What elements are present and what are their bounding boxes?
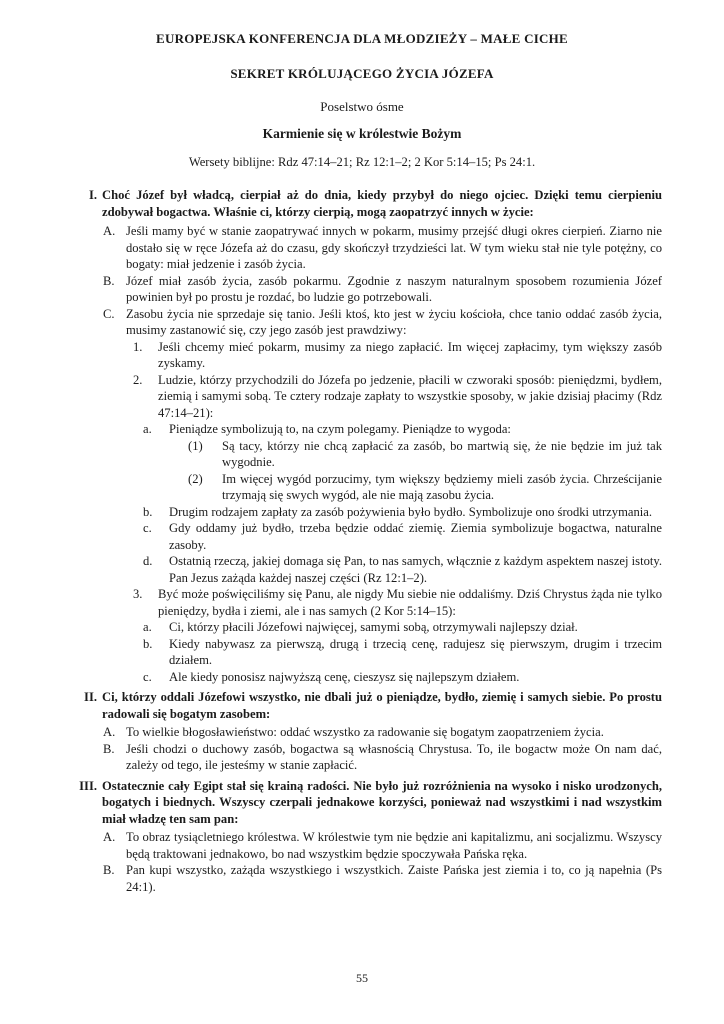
item-text: Im więcej wygód porzucimy, tym większy b… bbox=[222, 471, 662, 504]
item-text: Kiedy nabywasz za pierwszą, drugą i trze… bbox=[169, 636, 662, 669]
item-I-B: B. Józef miał zasób życia, zasób pokarmu… bbox=[103, 273, 662, 306]
item-text: Pieniądze symbolizują to, na czym polega… bbox=[169, 421, 662, 438]
item-I-C-3-b: b. Kiedy nabywasz za pierwszą, drugą i t… bbox=[143, 636, 662, 669]
item-III-A: A. To obraz tysiącletniego królestwa. W … bbox=[103, 829, 662, 862]
conference-title: EUROPEJSKA KONFERENCJA DLA MŁODZIEŻY – M… bbox=[0, 31, 724, 47]
item-marker: (1) bbox=[188, 438, 222, 455]
item-marker: A. bbox=[103, 724, 126, 741]
message-number: Poselstwo ósme bbox=[0, 99, 724, 115]
item-I: I. Choć Józef był władcą, cierpiał aż do… bbox=[76, 187, 662, 220]
item-text: To wielkie błogosławieństwo: oddać wszys… bbox=[126, 724, 662, 741]
item-marker: B. bbox=[103, 273, 126, 290]
item-I-C-3-c: c. Ale kiedy ponosisz najwyższą cenę, ci… bbox=[143, 669, 662, 686]
outline-body: I. Choć Józef był władcą, cierpiał aż do… bbox=[0, 187, 724, 895]
item-marker: C. bbox=[103, 306, 126, 323]
item-marker: II. bbox=[76, 689, 97, 706]
document-header: EUROPEJSKA KONFERENCJA DLA MŁODZIEŻY – M… bbox=[0, 0, 724, 170]
item-marker: A. bbox=[103, 829, 126, 846]
item-text: Ostatnią rzeczą, jakiej domaga się Pan, … bbox=[169, 553, 662, 586]
item-I-A: A. Jeśli mamy być w stanie zaopatrywać i… bbox=[103, 223, 662, 273]
item-I-C-2-a-2: (2) Im więcej wygód porzucimy, tym więks… bbox=[188, 471, 662, 504]
item-text: Zasobu życia nie sprzedaje się tanio. Je… bbox=[126, 306, 662, 339]
item-text: Jeśli chcemy mieć pokarm, musimy za nieg… bbox=[158, 339, 662, 372]
item-marker: (2) bbox=[188, 471, 222, 488]
item-text: Drugim rodzajem zapłaty za zasób pożywie… bbox=[169, 504, 662, 521]
item-I-C-2-c: c. Gdy oddamy już bydło, trzeba będzie o… bbox=[143, 520, 662, 553]
item-text: To obraz tysiącletniego królestwa. W kró… bbox=[126, 829, 662, 862]
item-I-C-2-b: b. Drugim rodzajem zapłaty za zasób poży… bbox=[143, 504, 662, 521]
item-text: Ludzie, którzy przychodzili do Józefa po… bbox=[158, 372, 662, 422]
item-text: Jeśli chodzi o duchowy zasób, bogactwa s… bbox=[126, 741, 662, 774]
item-III-B: B. Pan kupi wszystko, zażąda wszystkiego… bbox=[103, 862, 662, 895]
item-text: Pan kupi wszystko, zażąda wszystkiego i … bbox=[126, 862, 662, 895]
item-marker: a. bbox=[143, 421, 169, 438]
item-marker: B. bbox=[103, 741, 126, 758]
item-marker: c. bbox=[143, 520, 169, 537]
page-number: 55 bbox=[356, 971, 368, 985]
item-I-C-2: 2. Ludzie, którzy przychodzili do Józefa… bbox=[133, 372, 662, 422]
item-marker: d. bbox=[143, 553, 169, 570]
item-I-C-3-a: a. Ci, którzy płacili Józefowi najwięcej… bbox=[143, 619, 662, 636]
item-marker: III. bbox=[76, 778, 97, 795]
item-II-A: A. To wielkie błogosławieństwo: oddać ws… bbox=[103, 724, 662, 741]
item-marker: c. bbox=[143, 669, 169, 686]
item-text: Być może poświęciliśmy się Panu, ale nig… bbox=[158, 586, 662, 619]
item-text: Ci, którzy oddali Józefowi wszystko, nie… bbox=[102, 689, 662, 722]
item-marker: A. bbox=[103, 223, 126, 240]
item-text: Jeśli mamy być w stanie zaopatrywać inny… bbox=[126, 223, 662, 273]
item-text: Choć Józef był władcą, cierpiał aż do dn… bbox=[102, 187, 662, 220]
scripture-verses: Wersety biblijne: Rdz 47:14–21; Rz 12:1–… bbox=[0, 155, 724, 170]
item-marker: b. bbox=[143, 636, 169, 653]
item-marker: 3. bbox=[133, 586, 158, 603]
item-marker: I. bbox=[76, 187, 97, 204]
item-I-C-1: 1. Jeśli chcemy mieć pokarm, musimy za n… bbox=[133, 339, 662, 372]
series-title: SEKRET KRÓLUJĄCEGO ŻYCIA JÓZEFA bbox=[0, 66, 724, 82]
item-II-B: B. Jeśli chodzi o duchowy zasób, bogactw… bbox=[103, 741, 662, 774]
item-marker: a. bbox=[143, 619, 169, 636]
document-page: { "header": { "conference_title": "EUROP… bbox=[0, 0, 724, 1024]
item-I-C: C. Zasobu życia nie sprzedaje się tanio.… bbox=[103, 306, 662, 339]
item-marker: B. bbox=[103, 862, 126, 879]
message-title: Karmienie się w królestwie Bożym bbox=[0, 126, 724, 142]
item-I-C-3: 3. Być może poświęciliśmy się Panu, ale … bbox=[133, 586, 662, 619]
item-I-C-2-d: d. Ostatnią rzeczą, jakiej domaga się Pa… bbox=[143, 553, 662, 586]
item-text: Józef miał zasób życia, zasób pokarmu. Z… bbox=[126, 273, 662, 306]
item-text: Gdy oddamy już bydło, trzeba będzie odda… bbox=[169, 520, 662, 553]
page-footer: 55 bbox=[0, 971, 724, 986]
item-text: Ostatecznie cały Egipt stał się krainą r… bbox=[102, 778, 662, 828]
item-marker: b. bbox=[143, 504, 169, 521]
item-marker: 1. bbox=[133, 339, 158, 356]
item-marker: 2. bbox=[133, 372, 158, 389]
item-I-C-2-a-1: (1) Są tacy, którzy nie chcą zapłacić za… bbox=[188, 438, 662, 471]
item-text: Ci, którzy płacili Józefowi najwięcej, s… bbox=[169, 619, 662, 636]
item-I-C-2-a: a. Pieniądze symbolizują to, na czym pol… bbox=[143, 421, 662, 438]
item-text: Ale kiedy ponosisz najwyższą cenę, ciesz… bbox=[169, 669, 662, 686]
item-III: III. Ostatecznie cały Egipt stał się kra… bbox=[76, 778, 662, 828]
item-II: II. Ci, którzy oddali Józefowi wszystko,… bbox=[76, 689, 662, 722]
item-text: Są tacy, którzy nie chcą zapłacić za zas… bbox=[222, 438, 662, 471]
